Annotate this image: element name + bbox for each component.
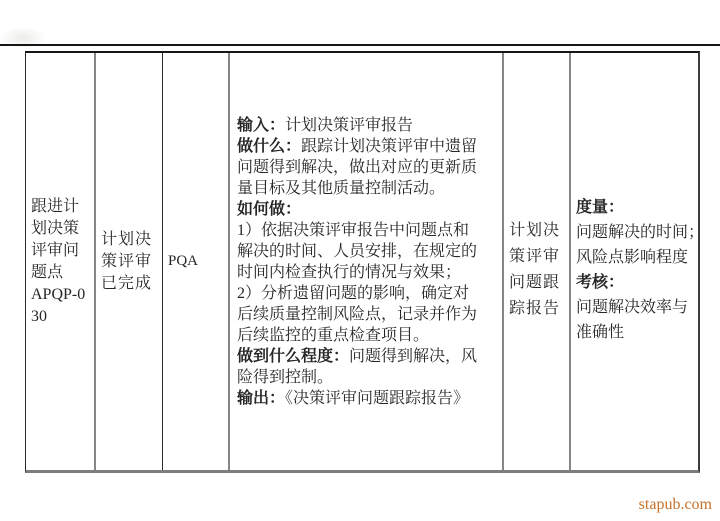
page-top-rule (0, 44, 720, 46)
text-segment: 30 (31, 308, 47, 325)
bold-label: 做到什么程度： (237, 348, 349, 365)
text-segment: 险得到控制。 (237, 369, 333, 386)
text-segment: 量目标及其他质量控制活动。 (237, 180, 445, 197)
text-segment: 后续质量控制风险点，记录并作为 (237, 306, 477, 323)
text-segment: 踪报告 (509, 300, 560, 317)
text-segment: 问题解决效率与 (576, 299, 688, 316)
text-line: 输入：计划决策评审报告 (237, 115, 497, 136)
text-line: 如何做： (237, 199, 497, 220)
text-line: 跟进计 (31, 196, 89, 218)
text-line: 问题解决效率与 (576, 295, 693, 320)
text-segment: 问题得到解决，做出对应的更新质 (237, 159, 477, 176)
text-segment: 计划决 (509, 222, 560, 239)
text-line: 划决策 (31, 218, 89, 240)
text-line: 计划决 (101, 229, 157, 251)
text-segment: 划决策 (31, 220, 79, 237)
text-segment: 解决的时间、人员安排，在规定的 (237, 243, 477, 260)
text-line: 做到什么程度：问题得到解决，风 (237, 346, 497, 367)
text-segment: 跟踪计划决策评审中遗留 (301, 138, 477, 155)
text-segment: 题点 (31, 264, 63, 281)
text-segment: 评审问 (31, 242, 79, 259)
text-line: 评审问 (31, 240, 89, 262)
text-segment: 时间内检查执行的情况与效果； (237, 264, 461, 281)
text-line: 度量： (576, 195, 693, 220)
text-segment: 《决策评审问题跟踪报告》 (285, 390, 469, 407)
text-line: 问题解决的时间； (576, 220, 693, 245)
text-segment: 风险点影响程度 (576, 249, 688, 266)
text-line: 1）依据决策评审报告中问题点和 (237, 220, 497, 241)
text-line: 策评审 (101, 251, 157, 273)
text-line: 解决的时间、人员安排，在规定的 (237, 241, 497, 262)
bold-label: 度量： (576, 199, 624, 216)
text-segment: 计划决策评审报告 (285, 117, 413, 134)
text-line: 后续质量控制风险点，记录并作为 (237, 304, 497, 325)
bold-label: 考核： (576, 274, 624, 291)
text-line: 30 (31, 306, 89, 328)
text-line: 计划决 (509, 218, 564, 244)
bold-label: 做什么： (237, 138, 301, 155)
text-line: 问题得到解决，做出对应的更新质 (237, 157, 497, 178)
watermark: stapub.com (639, 496, 712, 514)
text-line: 问题跟 (509, 270, 564, 296)
text-segment: 计划决 (101, 231, 152, 248)
text-segment: 1）依据决策评审报告中问题点和 (237, 222, 469, 239)
text-line: 后续监控的重点检查项目。 (237, 325, 497, 346)
cell-metrics: 度量：问题解决的时间；风险点影响程度考核：问题解决效率与准确性 (571, 53, 698, 470)
text-segment: 准确性 (576, 324, 624, 341)
bold-label: 输入： (237, 117, 285, 134)
cell-owner: PQA (163, 53, 230, 470)
text-segment: 已完成 (101, 275, 152, 292)
cell-precondition: 计划决策评审已完成 (96, 53, 163, 470)
text-segment: 问题跟 (509, 274, 560, 291)
text-line: 题点 (31, 262, 89, 284)
text-segment: APQP-0 (31, 286, 85, 303)
text-line: 时间内检查执行的情况与效果； (237, 262, 497, 283)
text-line: 踪报告 (509, 296, 564, 322)
text-segment: 后续监控的重点检查项目。 (237, 327, 429, 344)
text-line: 做什么：跟踪计划决策评审中遗留 (237, 136, 497, 157)
text-line: 输出：《决策评审问题跟踪报告》 (237, 388, 497, 409)
text-line: 考核： (576, 270, 693, 295)
cell-output-doc: 计划决策评审问题跟踪报告 (504, 53, 571, 470)
cell-description: 输入：计划决策评审报告做什么：跟踪计划决策评审中遗留问题得到解决，做出对应的更新… (230, 53, 504, 470)
bold-label: 如何做： (237, 201, 301, 218)
cell-activity-id: 跟进计划决策评审问题点APQP-030 (26, 53, 96, 470)
page: 跟进计划决策评审问题点APQP-030 计划决策评审已完成 PQA 输入：计划决… (0, 0, 720, 521)
text-line: APQP-0 (31, 284, 89, 306)
owner-label: PQA (168, 253, 223, 270)
text-line: 准确性 (576, 320, 693, 345)
bold-label: 输出： (237, 390, 285, 407)
text-line: 2）分析遗留问题的影响，确定对 (237, 283, 497, 304)
text-segment: 2）分析遗留问题的影响，确定对 (237, 285, 469, 302)
text-segment: 策评审 (101, 253, 152, 270)
text-line: 险得到控制。 (237, 367, 497, 388)
text-segment: 跟进计 (31, 198, 79, 215)
text-line: 风险点影响程度 (576, 245, 693, 270)
text-segment: 问题解决的时间； (576, 224, 698, 241)
process-table: 跟进计划决策评审问题点APQP-030 计划决策评审已完成 PQA 输入：计划决… (25, 51, 700, 473)
text-segment: 策评审 (509, 248, 560, 265)
text-line: 量目标及其他质量控制活动。 (237, 178, 497, 199)
text-segment: 问题得到解决，风 (349, 348, 477, 365)
text-line: 已完成 (101, 273, 157, 295)
text-line: 策评审 (509, 244, 564, 270)
